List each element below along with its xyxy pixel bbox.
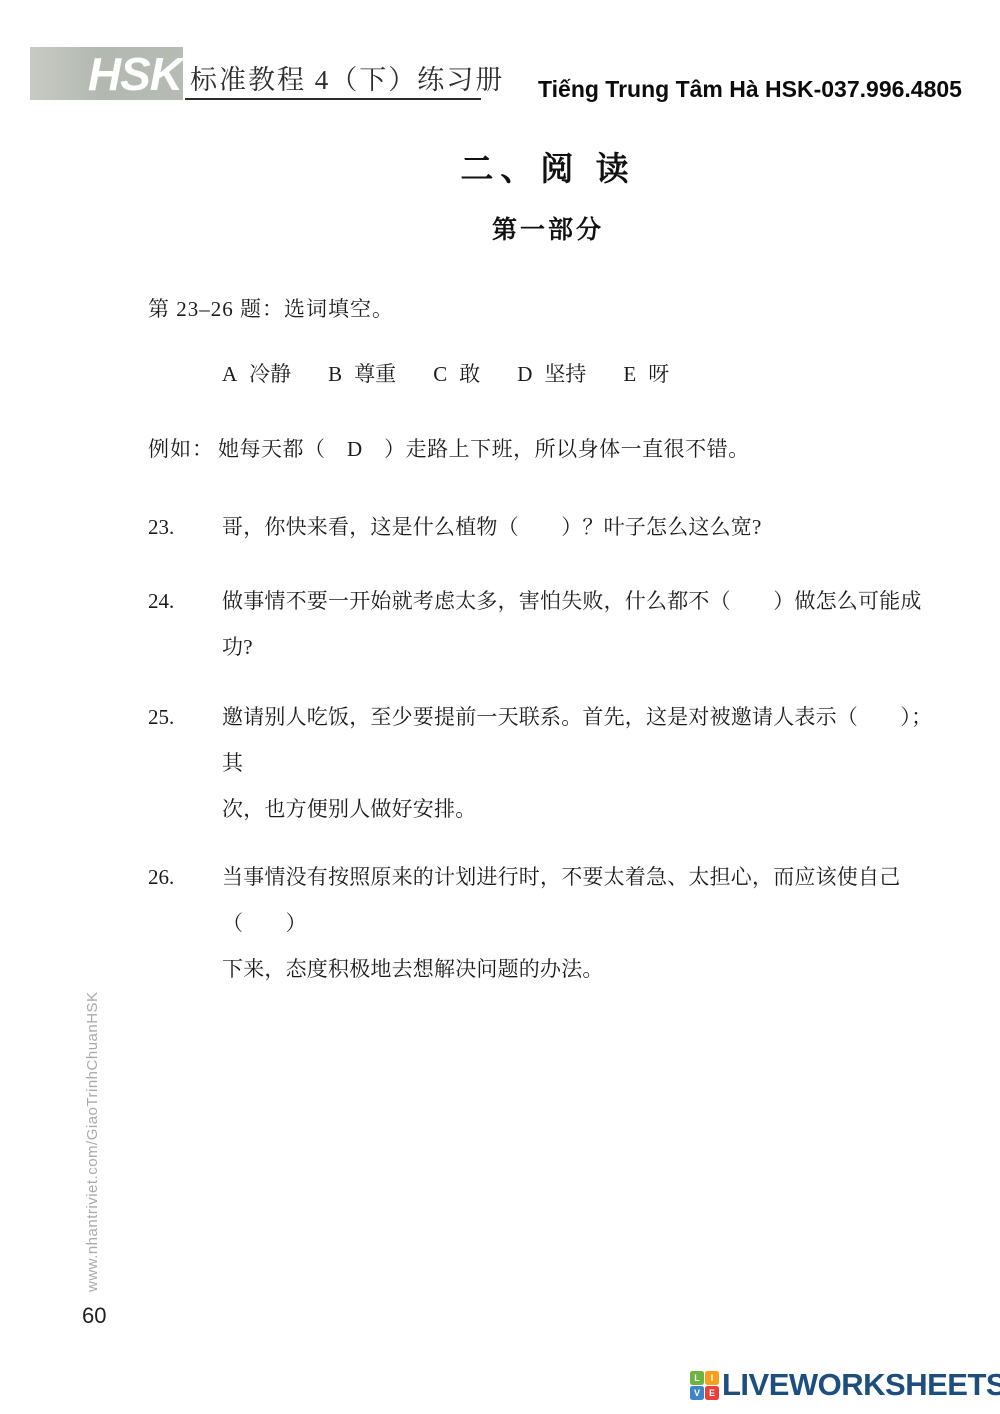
liveworksheets-wordmark: LIVEWORKSHEETS: [722, 1367, 1000, 1403]
question-26: 26. 当事情没有按照原来的计划进行时，不要太着急、太担心，而应该使自己（ ） …: [148, 854, 948, 992]
option-d-label: D: [517, 362, 532, 386]
option-b-word: 尊重: [354, 362, 396, 386]
example-label: 例如：: [148, 434, 218, 464]
question-text: 邀请别人吃饭，至少要提前一天联系。首先，这是对被邀请人表示（ ）；其 次，也方便…: [222, 694, 948, 832]
question-line: 哥，你快来看，这是什么植物（ ）？叶子怎么这么宽?: [222, 504, 948, 550]
option-a-word: 冷静: [249, 362, 291, 386]
example-row: 例如： 她每天都（ D ）走路上下班，所以身体一直很不错。: [148, 434, 948, 464]
question-line: 下来，态度积极地去想解决问题的办法。: [222, 946, 948, 992]
hsk-logo: HSK: [88, 49, 183, 99]
option-a-label: A: [222, 362, 237, 386]
word-options: A冷静 B尊重 C敢 D坚持 E呀: [148, 359, 948, 389]
example-text: 她每天都（ D ）走路上下班，所以身体一直很不错。: [218, 434, 750, 464]
question-line: 当事情没有按照原来的计划进行时，不要太着急、太担心，而应该使自己（ ）: [222, 854, 948, 946]
question-line: 做事情不要一开始就考虑太多，害怕失败，什么都不（ ）做怎么可能成功?: [222, 578, 948, 670]
question-text: 做事情不要一开始就考虑太多，害怕失败，什么都不（ ）做怎么可能成功?: [222, 578, 948, 670]
question-number: 24.: [148, 578, 222, 670]
option-c: C敢: [433, 359, 480, 389]
question-number: 23.: [148, 504, 222, 550]
option-d: D坚持: [517, 359, 586, 389]
section-title: 二、阅 读: [148, 150, 948, 190]
question-line: 次，也方便别人做好安排。: [222, 786, 948, 832]
contact-info: Tiếng Trung Tâm Hà HSK-037.996.4805: [538, 76, 962, 103]
question-text: 当事情没有按照原来的计划进行时，不要太着急、太担心，而应该使自己（ ） 下来，态…: [222, 854, 948, 992]
question-text: 哥，你快来看，这是什么植物（ ）？叶子怎么这么宽?: [222, 504, 948, 550]
instructions: 第 23–26 题：选词填空。: [148, 294, 948, 324]
hsk-logo-band: HSK: [30, 47, 183, 100]
page-number: 60: [82, 1303, 106, 1329]
option-a: A冷静: [222, 359, 291, 389]
question-25: 25. 邀请别人吃饭，至少要提前一天联系。首先，这是对被邀请人表示（ ）；其 次…: [148, 694, 948, 832]
logo-square-i: I: [705, 1371, 719, 1385]
worksheet-page: HSK 标准教程 4（下）练习册 Tiếng Trung Tâm Hà HSK-…: [0, 0, 1000, 1414]
option-c-word: 敢: [459, 362, 480, 386]
section-subtitle: 第一部分: [148, 214, 948, 248]
question-line: 邀请别人吃饭，至少要提前一天联系。首先，这是对被邀请人表示（ ）；其: [222, 694, 948, 786]
option-b-label: B: [328, 362, 342, 386]
header-rule: [185, 98, 481, 100]
option-b: B尊重: [328, 359, 396, 389]
liveworksheets-logo[interactable]: L I V E LIVEWORKSHEETS: [690, 1367, 1000, 1403]
liveworksheets-squares-icon: L I V E: [690, 1371, 719, 1400]
book-title: 标准教程 4（下）练习册: [190, 58, 504, 97]
logo-square-e: E: [705, 1386, 719, 1400]
option-d-word: 坚持: [544, 362, 586, 386]
logo-square-l: L: [690, 1371, 704, 1385]
option-c-label: C: [433, 362, 447, 386]
question-23: 23. 哥，你快来看，这是什么植物（ ）？叶子怎么这么宽?: [148, 504, 948, 550]
option-e: E呀: [623, 359, 669, 389]
question-number: 25.: [148, 694, 222, 832]
question-24: 24. 做事情不要一开始就考虑太多，害怕失败，什么都不（ ）做怎么可能成功?: [148, 578, 948, 670]
logo-square-v: V: [690, 1386, 704, 1400]
question-number: 26.: [148, 854, 222, 992]
worksheet-content: 二、阅 读 第一部分 第 23–26 题：选词填空。 A冷静 B尊重 C敢 D坚…: [148, 150, 948, 992]
side-watermark-url: www.nhantriviet.com/GiaoTrinhChuanHSK: [84, 980, 101, 1292]
option-e-label: E: [623, 362, 636, 386]
option-e-word: 呀: [648, 362, 669, 386]
